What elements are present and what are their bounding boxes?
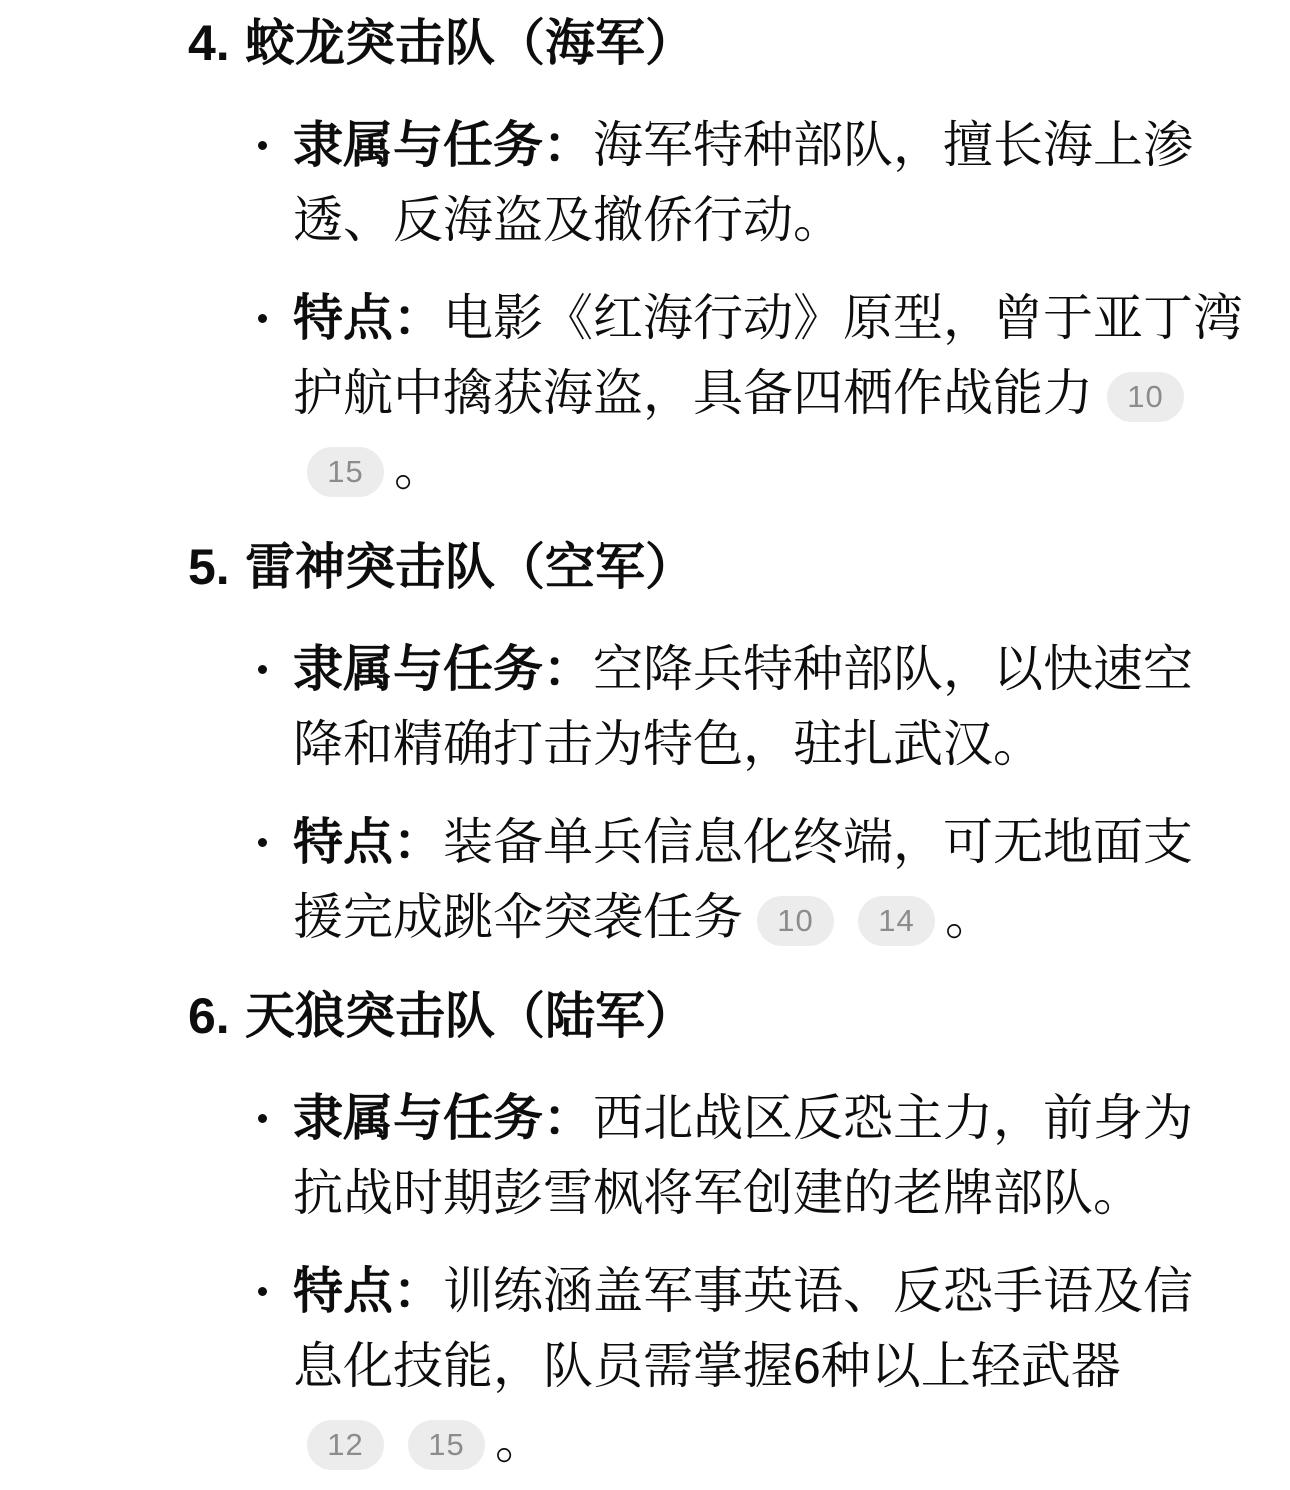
list-section-4: 4. 蛟龙突击队（海军） 隶属与任务：海军特种部队，擅长海上渗 透、反海盗及撤侨…: [188, 8, 1256, 506]
section-heading: 5. 雷神突击队（空军）: [188, 532, 1256, 602]
citation-badge[interactable]: 14: [858, 896, 935, 946]
bullet-dot-icon: [258, 665, 267, 674]
bullet-label: 特点：: [293, 1263, 443, 1319]
list-section-5: 5. 雷神突击队（空军） 隶属与任务：空降兵特种部队，以快速空 降和精确打击为特…: [188, 532, 1256, 955]
section-number: 6.: [188, 981, 245, 1051]
bullet-text: 特点：电影《红海行动》原型，曾于亚丁湾 护航中擒获海盗，具备四栖作战能力10 1…: [293, 281, 1256, 506]
bullet-dot-icon: [258, 141, 267, 150]
bullet-label: 特点：: [293, 814, 443, 870]
section-title: 蛟龙突击队（海军）: [245, 8, 695, 78]
list-section-6: 6. 天狼突击队（陆军） 隶属与任务：西北战区反恐主力，前身为 抗战时期彭雪枫将…: [188, 981, 1256, 1479]
list-item: 特点：训练涵盖军事英语、反恐手语及信 息化技能，队员需掌握6种以上轻武器 121…: [188, 1254, 1256, 1479]
bullet-dot-icon: [258, 1114, 267, 1123]
list-item: 特点：电影《红海行动》原型，曾于亚丁湾 护航中擒获海盗，具备四栖作战能力10 1…: [188, 281, 1256, 506]
bullet-list: 隶属与任务：海军特种部队，擅长海上渗 透、反海盗及撤侨行动。 特点：电影《红海行…: [188, 108, 1256, 506]
bullet-label: 隶属与任务：: [293, 1090, 593, 1146]
chat-response-content: 4. 蛟龙突击队（海军） 隶属与任务：海军特种部队，擅长海上渗 透、反海盗及撤侨…: [0, 0, 1290, 1479]
citation-badge[interactable]: 12: [307, 1420, 384, 1470]
citation-badge[interactable]: 15: [307, 447, 384, 497]
section-number: 4.: [188, 8, 245, 78]
bullet-list: 隶属与任务：西北战区反恐主力，前身为 抗战时期彭雪枫将军创建的老牌部队。 特点：…: [188, 1081, 1256, 1479]
citation-badge[interactable]: 15: [408, 1420, 485, 1470]
bullet-list: 隶属与任务：空降兵特种部队，以快速空 降和精确打击为特色，驻扎武汉。 特点：装备…: [188, 632, 1256, 955]
bullet-dot-icon: [258, 314, 267, 323]
citation-badge[interactable]: 10: [1107, 372, 1184, 422]
bullet-text: 特点：训练涵盖军事英语、反恐手语及信 息化技能，队员需掌握6种以上轻武器 121…: [293, 1254, 1256, 1479]
bullet-text: 隶属与任务：空降兵特种部队，以快速空 降和精确打击为特色，驻扎武汉。: [293, 632, 1256, 782]
bullet-text: 隶属与任务：海军特种部队，擅长海上渗 透、反海盗及撤侨行动。: [293, 108, 1256, 258]
section-title: 雷神突击队（空军）: [245, 532, 695, 602]
bullet-text: 隶属与任务：西北战区反恐主力，前身为 抗战时期彭雪枫将军创建的老牌部队。: [293, 1081, 1256, 1231]
section-title: 天狼突击队（陆军）: [245, 981, 695, 1051]
list-item: 隶属与任务：空降兵特种部队，以快速空 降和精确打击为特色，驻扎武汉。: [188, 632, 1256, 782]
bullet-label: 隶属与任务：: [293, 641, 593, 697]
section-number: 5.: [188, 532, 245, 602]
bullet-dot-icon: [258, 838, 267, 847]
bullet-text: 特点：装备单兵信息化终端，可无地面支 援完成跳伞突袭任务1014。: [293, 805, 1256, 955]
section-heading: 6. 天狼突击队（陆军）: [188, 981, 1256, 1051]
bullet-label: 隶属与任务：: [293, 117, 593, 173]
list-item: 隶属与任务：西北战区反恐主力，前身为 抗战时期彭雪枫将军创建的老牌部队。: [188, 1081, 1256, 1231]
list-item: 特点：装备单兵信息化终端，可无地面支 援完成跳伞突袭任务1014。: [188, 805, 1256, 955]
bullet-label: 特点：: [293, 290, 443, 346]
citation-badge[interactable]: 10: [757, 896, 834, 946]
list-item: 隶属与任务：海军特种部队，擅长海上渗 透、反海盗及撤侨行动。: [188, 108, 1256, 258]
bullet-dot-icon: [258, 1287, 267, 1296]
section-heading: 4. 蛟龙突击队（海军）: [188, 8, 1256, 78]
